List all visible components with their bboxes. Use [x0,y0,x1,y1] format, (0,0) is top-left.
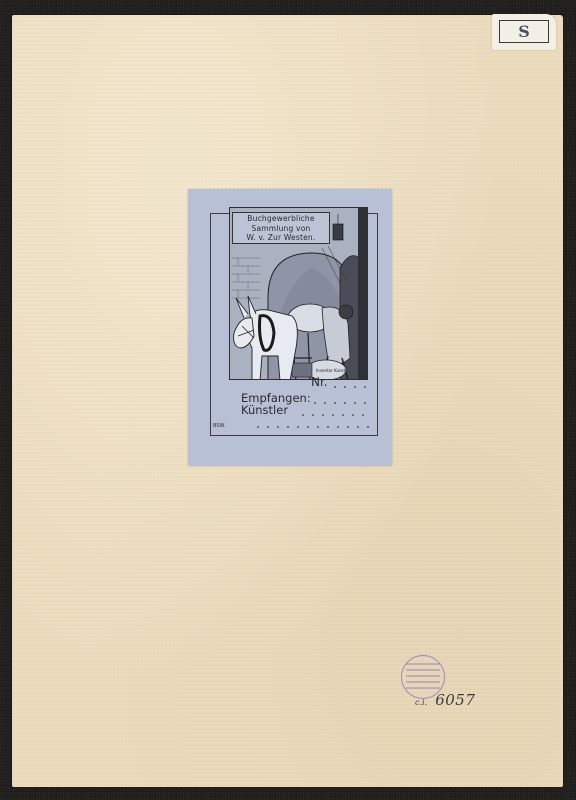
artist-field-dots [298,414,370,416]
label-letter: S [499,20,549,43]
bookplate: Inventar Kunst Buchgewerbliche Sammlung … [188,189,392,466]
inventory-number: 6057 [435,691,475,709]
bookplate-form: Nr. Empfangen: Künstler BSW. [188,189,392,466]
stamp-text-lines [406,663,440,691]
blank-line-dots [253,426,370,428]
archive-label: S [492,14,556,50]
received-field-dots [310,402,370,404]
artist-field-label: Künstler [241,403,288,417]
number-field-dots [330,386,370,388]
artist-monogram: BSW. [213,423,225,429]
handwritten-inventory-number: c.i. 6057 [415,690,475,709]
inventory-prefix: c.i. [415,698,427,707]
number-field-label: Nr. [311,375,328,389]
